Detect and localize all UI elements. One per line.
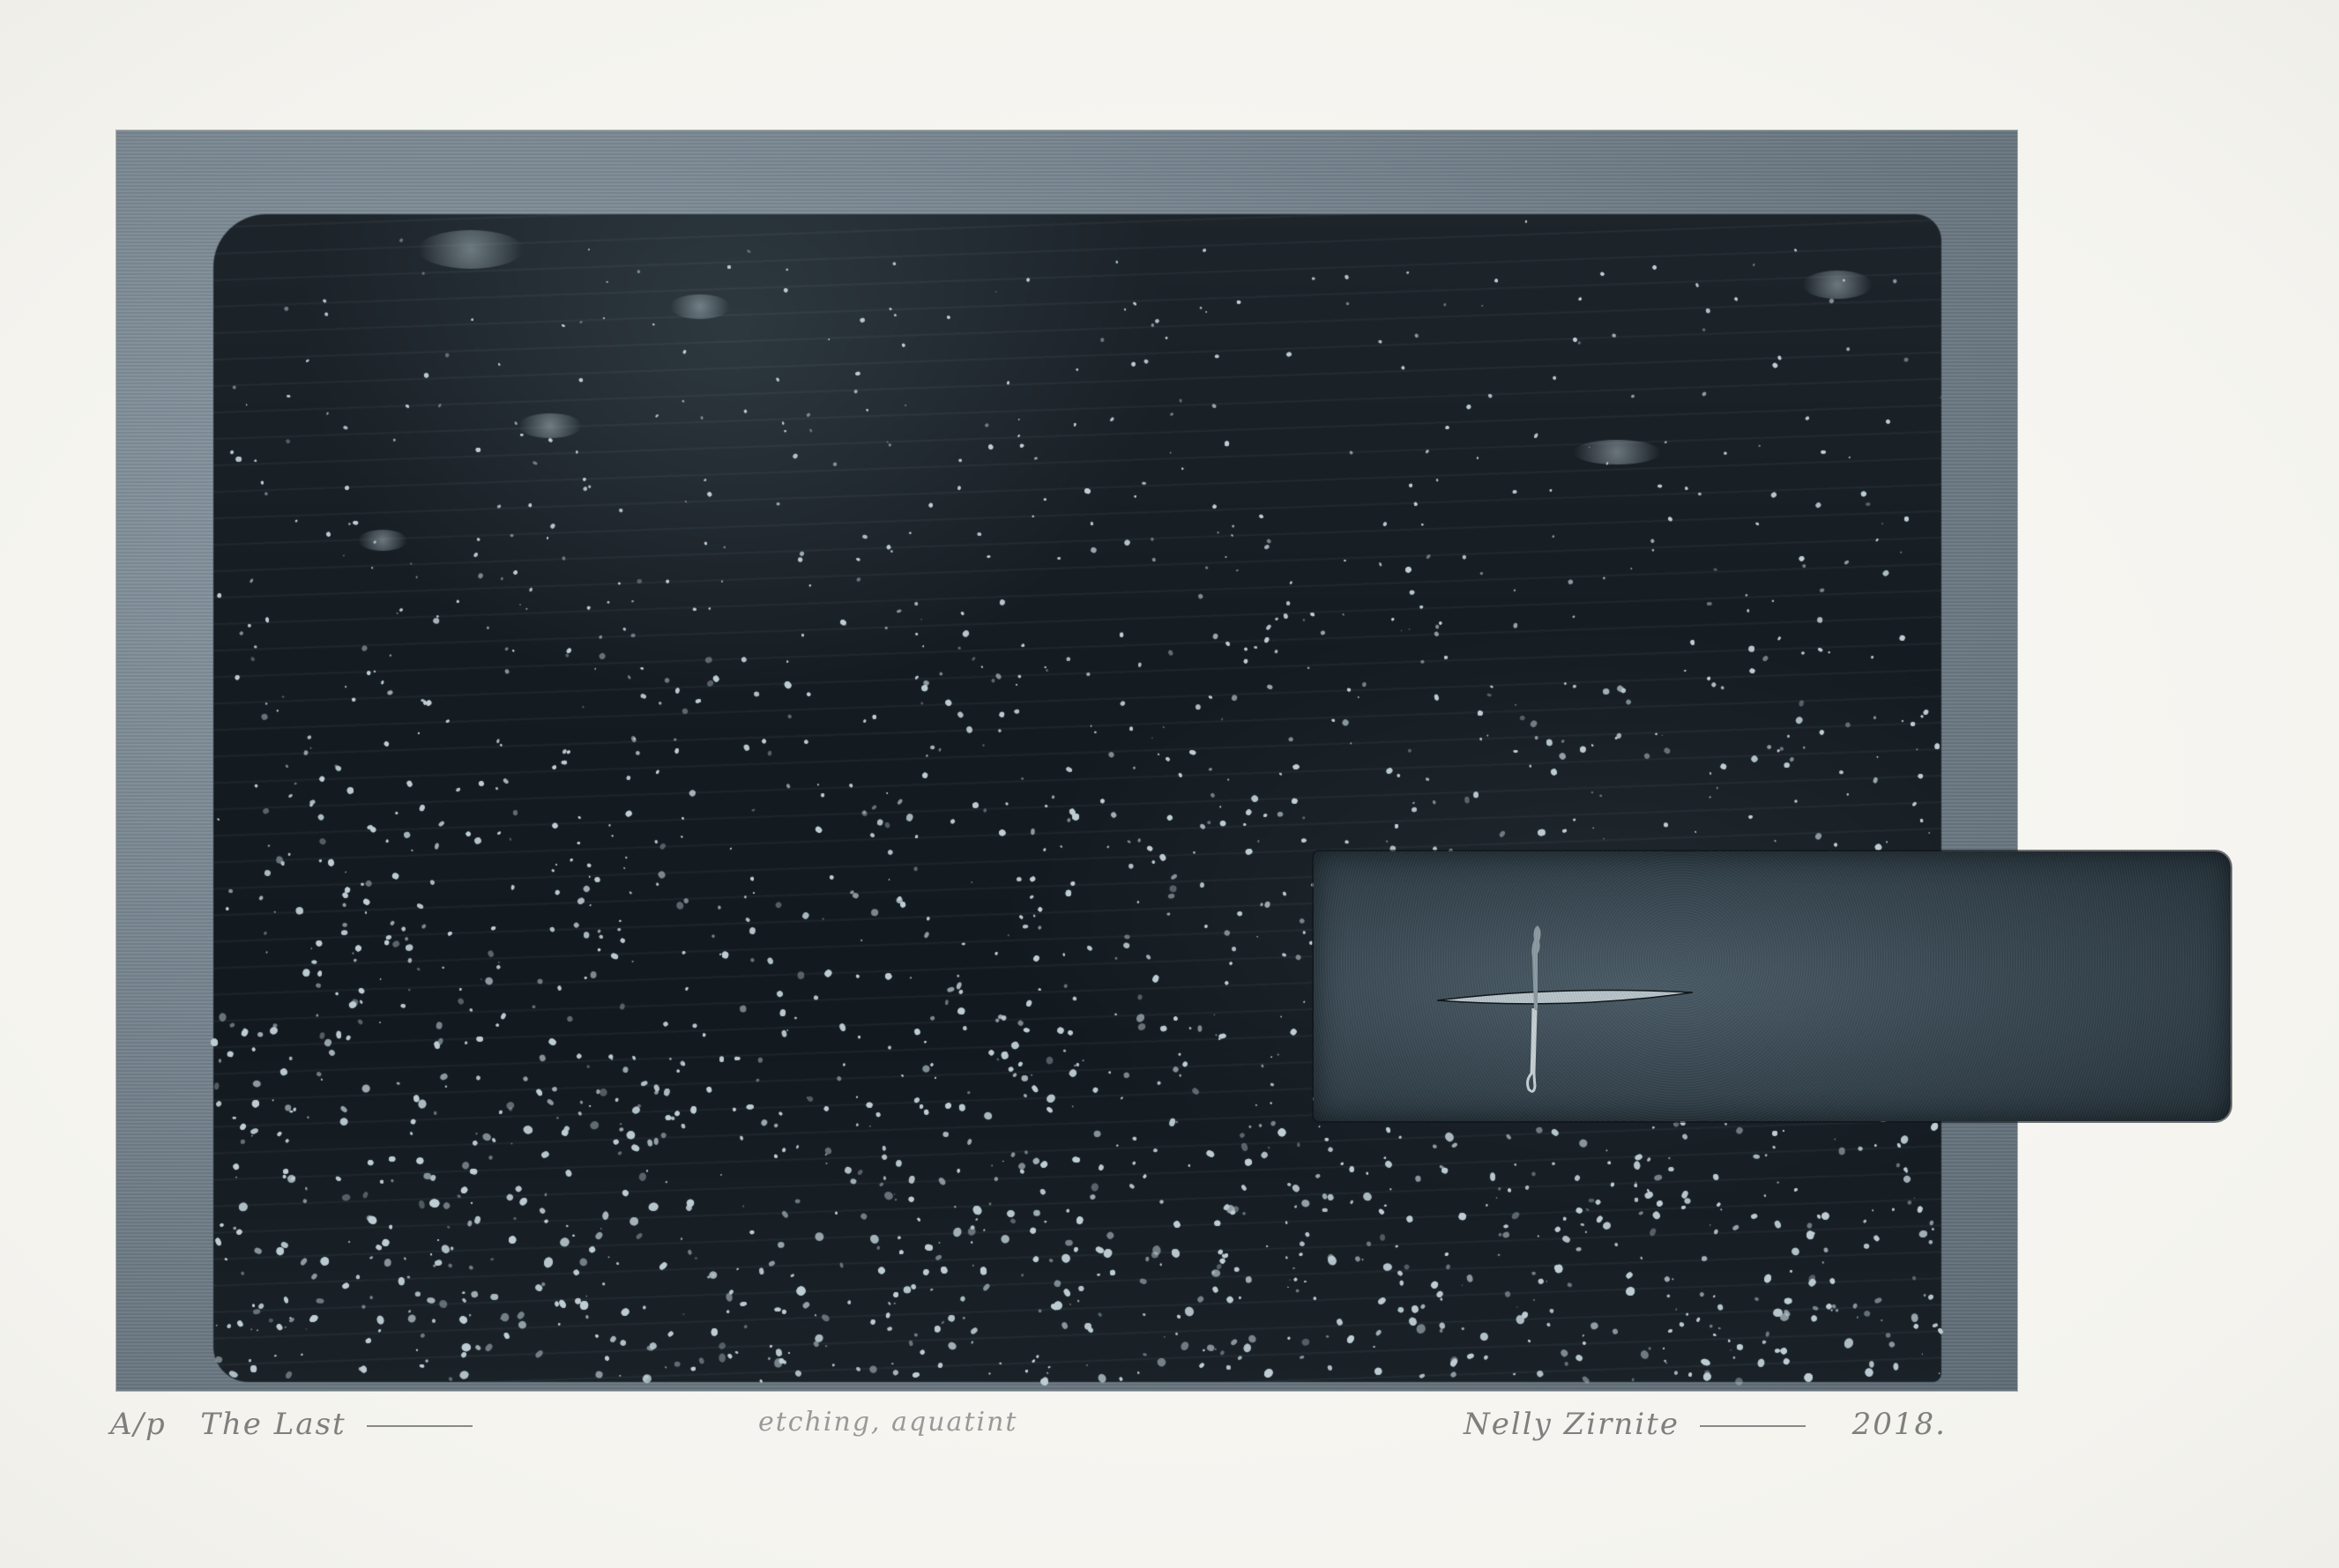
speckle-texture <box>116 130 2017 1391</box>
inscription-signature: Nelly Zirnite 2018. <box>1464 1407 1947 1442</box>
edition-mark: A/p <box>110 1407 167 1442</box>
year-text: 2018. <box>1852 1407 1947 1442</box>
inscription-edition-title: A/p The Last <box>110 1407 473 1442</box>
inscription-technique: etching, aquatint <box>758 1407 1017 1438</box>
inset-panel <box>1314 851 2231 1121</box>
pencil-stroke <box>1700 1425 1806 1427</box>
etching-plate <box>116 130 2017 1391</box>
technique-text: etching, aquatint <box>758 1407 1017 1438</box>
paper-sheet: A/p The Last etching, aquatint Nelly Zir… <box>0 0 2339 1568</box>
artist-signature: Nelly Zirnite <box>1464 1407 1680 1442</box>
standing-figure-icon <box>1523 922 1545 1098</box>
spindle-boat-shape <box>1437 984 1693 1012</box>
pencil-stroke <box>367 1425 473 1427</box>
artwork-title: The Last <box>200 1407 346 1442</box>
